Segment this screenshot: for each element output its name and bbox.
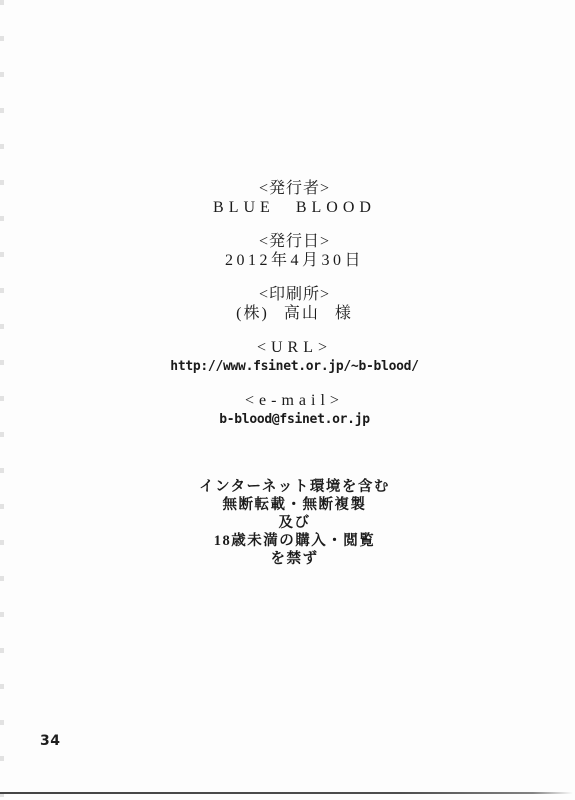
bottom-rule-divider — [0, 792, 573, 794]
notice-line: 及び — [14, 514, 575, 532]
url-value: http://www.fsinet.or.jp/~b-blood/ — [14, 357, 575, 376]
scanned-colophon-page: <発行者> BLUE BLOOD <発行日> 2012年4月30日 <印刷所> … — [0, 0, 575, 800]
prohibition-notice: インターネット環境を含む 無断転載・無断複製 及び 18歳未満の購入・閲覧 を禁… — [14, 478, 575, 568]
publication-date: 2012年4月30日 — [14, 251, 575, 270]
colophon: <発行者> BLUE BLOOD <発行日> 2012年4月30日 <印刷所> … — [0, 179, 575, 568]
publication-date-section: <発行日> 2012年4月30日 — [14, 232, 575, 270]
publisher-heading: <発行者> — [14, 179, 575, 198]
email-section: <e-mail> b-blood@fsinet.or.jp — [14, 391, 575, 429]
printer-section: <印刷所> (株) 高山 様 — [14, 285, 575, 323]
email-value: b-blood@fsinet.or.jp — [14, 410, 575, 429]
printer-name: (株) 高山 様 — [14, 304, 575, 323]
notice-line: インターネット環境を含む — [14, 478, 575, 496]
notice-line: を禁ず — [14, 550, 575, 568]
notice-line: 無断転載・無断複製 — [14, 496, 575, 514]
printer-heading: <印刷所> — [14, 285, 575, 304]
page-number: 34 — [40, 733, 60, 749]
notice-line: 18歳未満の購入・閲覧 — [14, 532, 575, 550]
url-heading: <URL> — [14, 338, 575, 357]
publisher-section: <発行者> BLUE BLOOD — [14, 179, 575, 217]
url-section: <URL> http://www.fsinet.or.jp/~b-blood/ — [14, 338, 575, 376]
email-heading: <e-mail> — [14, 391, 575, 410]
publisher-name: BLUE BLOOD — [14, 198, 575, 217]
publication-date-heading: <発行日> — [14, 232, 575, 251]
